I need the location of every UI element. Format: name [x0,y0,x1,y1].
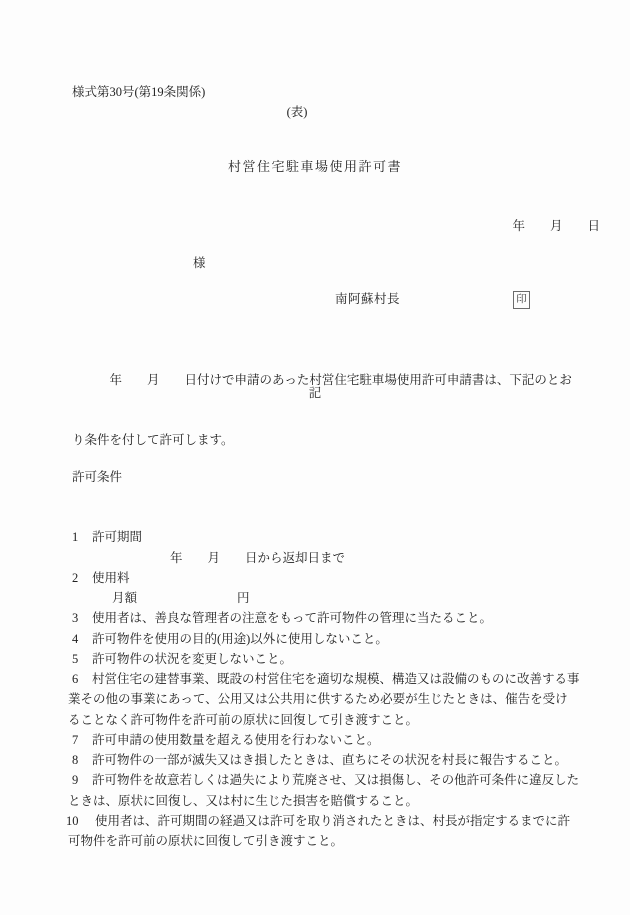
issuer-name: 南阿蘇村長 [335,289,400,309]
condition-number: 10 [66,811,95,831]
condition-line: 2使用料 [72,568,580,588]
condition-number: 1 [72,527,92,547]
condition-text: ときは、原状に回復し、又は村に生じた損害を賠償すること。 [68,794,418,808]
condition-text: 許可物件を故意若しくは過失により荒廃させ、又は損傷し、その他許可条件に違反した [92,773,579,787]
condition-number: 6 [72,669,92,689]
condition-line: 4許可物件を使用の目的(用途)以外に使用しないこと。 [72,629,580,649]
condition-number: 7 [72,730,92,750]
condition-line: 10使用者は、許可期間の経過又は許可を取り消されたときは、村長が指定するまでに許 [72,811,580,831]
condition-number: 4 [72,629,92,649]
side-label: (表) [0,102,630,122]
condition-text: ることなく許可物件を許可前の原状に回復して引き渡すこと。 [68,713,418,727]
conditions-heading: 許可条件 [72,467,580,487]
condition-line: 3使用者は、善良な管理者の注意をもって許可物件の管理に当たること。 [72,608,580,628]
condition-line: 1許可期間 [72,527,580,547]
condition-text: 許可物件の一部が滅失又はき損したときは、直ちにその状況を村長に報告すること。 [92,753,567,767]
condition-number: 8 [72,750,92,770]
condition-line: 業その他の事業にあって、公用又は公共用に供するため必要が生じたときは、催告を受け [68,689,580,709]
condition-line: 9許可物件を故意若しくは過失により荒廃させ、又は損傷し、その他許可条件に違反した [72,770,580,790]
condition-number: 2 [72,568,92,588]
conditions-list: 1許可期間年 月 日から返却日まで2使用料月額 円3使用者は、善良な管理者の注意… [72,527,580,851]
condition-text: 許可申請の使用数量を超える使用を行わないこと。 [92,733,380,747]
condition-text: 許可物件を使用の目的(用途)以外に使用しないこと。 [92,632,388,646]
condition-text: 許可期間 [92,530,142,544]
addressee-suffix: 様 [193,253,206,273]
condition-text: 許可物件の状況を変更しないこと。 [92,652,292,666]
condition-line: ときは、原状に回復し、又は村に生じた損害を賠償すること。 [68,791,580,811]
condition-line: 5許可物件の状況を変更しないこと。 [72,649,580,669]
condition-number: 9 [72,770,92,790]
condition-line: 7許可申請の使用数量を超える使用を行わないこと。 [72,730,580,750]
document-page: 様式第30号(第19条関係) (表) 村営住宅駐車場使用許可書 年 月 日 様 … [0,0,630,915]
condition-line: ることなく許可物件を許可前の原状に回復して引き渡すこと。 [68,710,580,730]
condition-text: 使用者は、善良な管理者の注意をもって許可物件の管理に当たること。 [92,611,492,625]
condition-text: 年 月 日から返却日まで [170,551,345,565]
condition-line: 月額 円 [72,588,580,608]
condition-text: 月額 円 [112,591,250,605]
condition-line: 年 月 日から返却日まで [72,548,580,568]
issue-date-line: 年 月 日 [0,216,630,236]
condition-line: 可物件を許可前の原状に回復して引き渡すこと。 [68,831,580,851]
record-marker: 記 [0,383,630,403]
condition-line: 6村営住宅の建替事業、既設の村営住宅を適切な規模、構造又は設備のものに改善する事 [72,669,580,689]
condition-number: 3 [72,608,92,628]
form-number: 様式第30号(第19条関係) [72,82,205,102]
conditions-section: 許可条件 1許可期間年 月 日から返却日まで2使用料月額 円3使用者は、善良な管… [72,426,580,892]
condition-line: 8許可物件の一部が滅失又はき損したときは、直ちにその状況を村長に報告すること。 [72,750,580,770]
condition-text: 可物件を許可前の原状に回復して引き渡すこと。 [68,834,343,848]
condition-text: 使用者は、許可期間の経過又は許可を取り消されたときは、村長が指定するまでに許 [95,814,570,828]
condition-text: 使用料 [92,571,130,585]
seal-mark: 印 [513,291,530,309]
condition-number: 5 [72,649,92,669]
condition-text: 村営住宅の建替事業、既設の村営住宅を適切な規模、構造又は設備のものに改善する事 [92,672,580,686]
condition-text: 業その他の事業にあって、公用又は公共用に供するため必要が生じたときは、催告を受け [68,692,568,706]
document-title: 村営住宅駐車場使用許可書 [0,157,630,177]
